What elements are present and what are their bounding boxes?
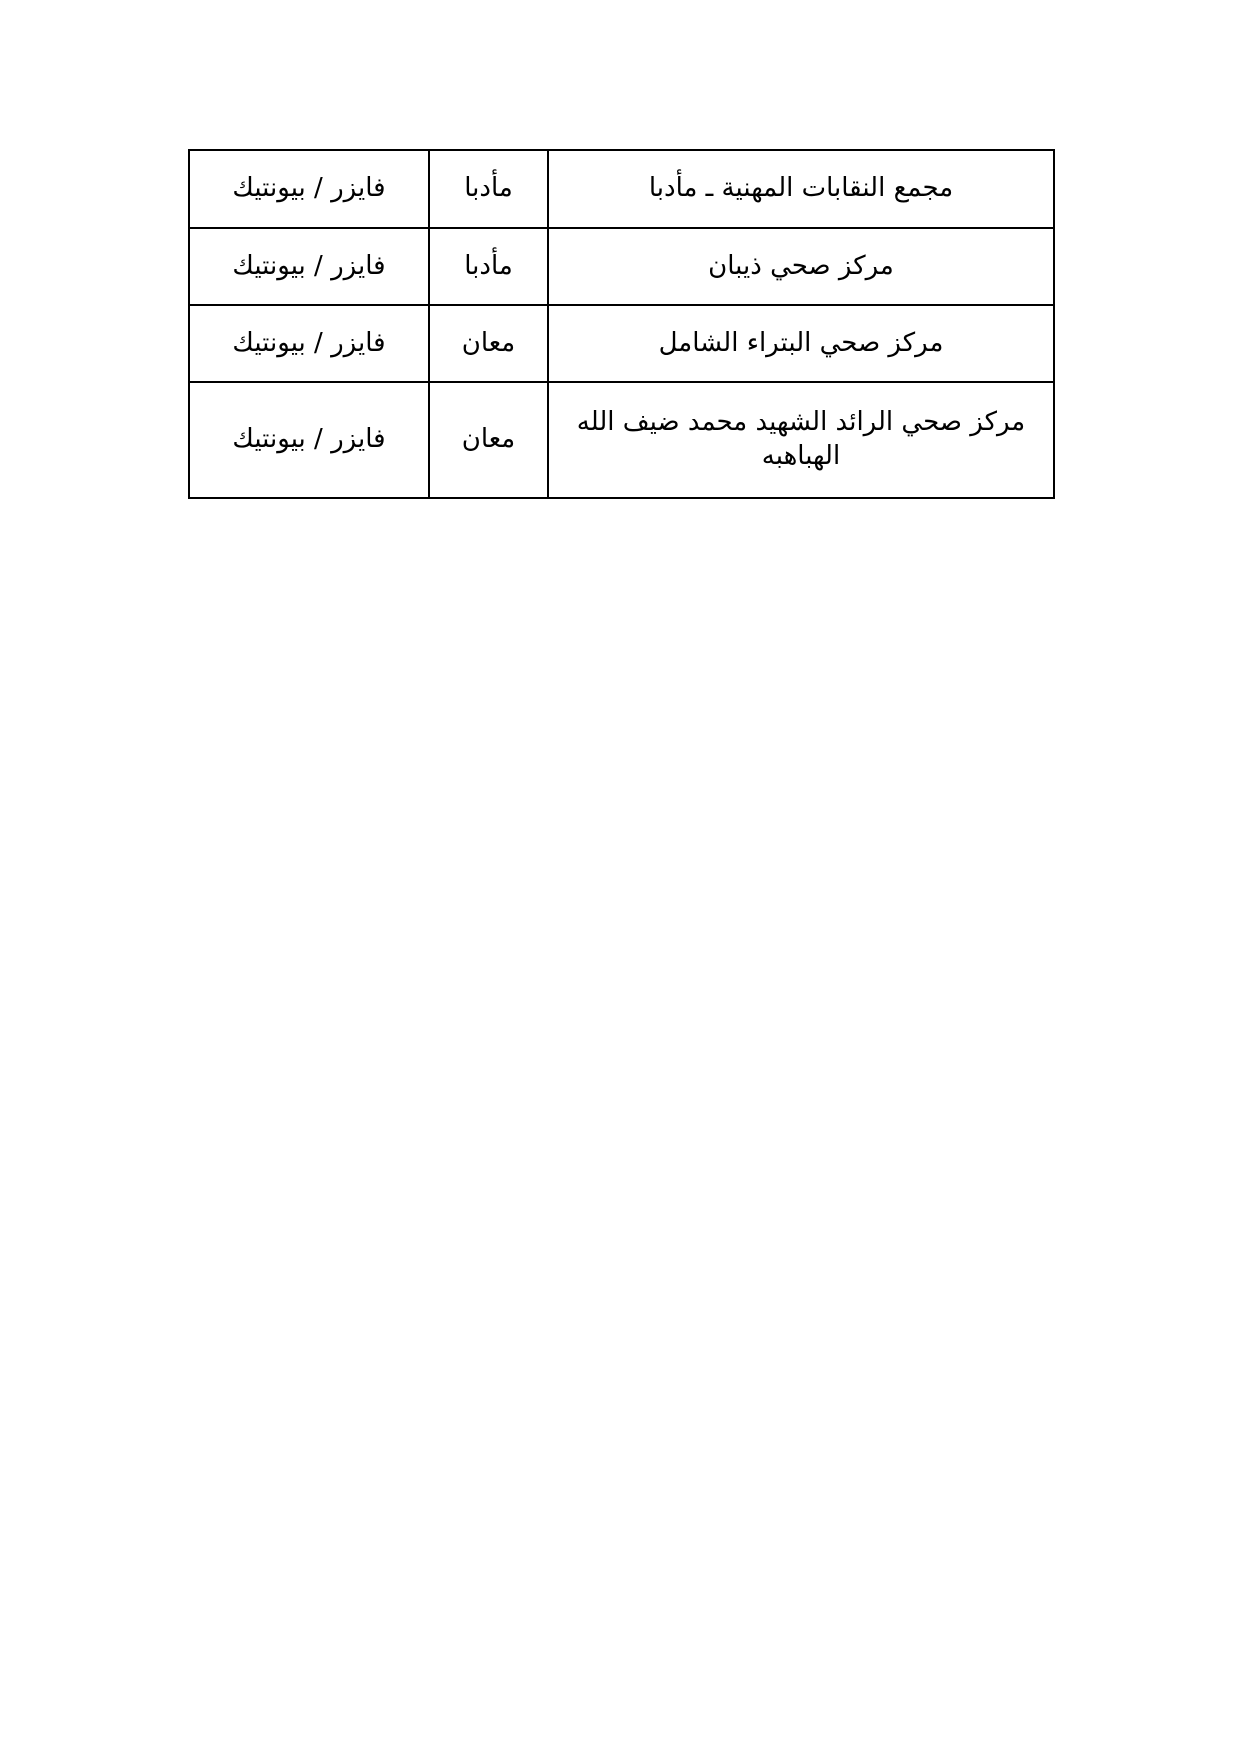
- cell-vaccine-type: فايزر / بيونتيك: [189, 305, 429, 382]
- table-row: مركز صحي الرائد الشهيد محمد ضيف الله اله…: [189, 382, 1054, 498]
- table-row: مجمع النقابات المهنية ـ مأدبا مأدبا فايز…: [189, 150, 1054, 228]
- cell-vaccine-type: فايزر / بيونتيك: [189, 150, 429, 228]
- document-page: مجمع النقابات المهنية ـ مأدبا مأدبا فايز…: [0, 0, 1241, 1755]
- vaccination-centers-table: مجمع النقابات المهنية ـ مأدبا مأدبا فايز…: [188, 149, 1055, 499]
- cell-governorate: مأدبا: [429, 150, 548, 228]
- table-row: مركز صحي البتراء الشامل معان فايزر / بيو…: [189, 305, 1054, 382]
- cell-governorate: مأدبا: [429, 228, 548, 305]
- table: مجمع النقابات المهنية ـ مأدبا مأدبا فايز…: [188, 149, 1055, 499]
- cell-vaccine-type: فايزر / بيونتيك: [189, 228, 429, 305]
- cell-governorate: معان: [429, 305, 548, 382]
- cell-center-name: مركز صحي الرائد الشهيد محمد ضيف الله اله…: [548, 382, 1054, 498]
- table-row: مركز صحي ذيبان مأدبا فايزر / بيونتيك: [189, 228, 1054, 305]
- cell-governorate: معان: [429, 382, 548, 498]
- cell-center-name: مجمع النقابات المهنية ـ مأدبا: [548, 150, 1054, 228]
- cell-center-name: مركز صحي ذيبان: [548, 228, 1054, 305]
- cell-vaccine-type: فايزر / بيونتيك: [189, 382, 429, 498]
- cell-center-name: مركز صحي البتراء الشامل: [548, 305, 1054, 382]
